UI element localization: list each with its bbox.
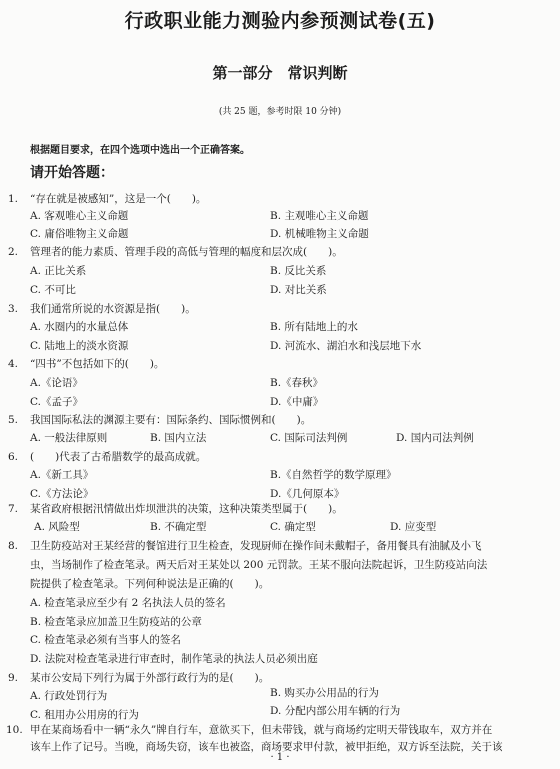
start-heading: 请开始答题： [30,162,114,182]
question-text-line-2: 虫，当场制作了检查笔录。两天后对王某处以 200 元罚款。王某不服向法院起诉，卫… [30,559,487,572]
option-d: D. 分配内部公用车辆的行为 [270,705,400,718]
option-a: A. 风险型 [34,521,80,534]
option-d: D.《中庸》 [270,396,323,409]
question-text: 我国国际私法的渊源主要有：国际条约、国际惯例和( )。 [30,414,311,427]
option-c: C.《孟子》 [30,396,83,409]
option-b: B. 反比关系 [270,265,326,278]
question-text: 某市公安局下列行为属于外部行政行为的是( )。 [30,672,269,685]
option-a: A. 一般法律原则 [30,432,107,445]
option-c: C. 不可比 [30,284,76,297]
exam-title: 行政职业能力测验内参预测试卷(五) [0,6,560,33]
question-text: 某省政府根据汛情做出炸坝泄洪的决策，这种决策类型属于( )。 [30,503,343,516]
option-d: D.《几何原本》 [270,488,344,501]
option-d: D. 法院对检查笔录进行审查时，制作笔录的执法人员必须出庭 [30,653,318,666]
option-c: C. 确定型 [270,521,316,534]
option-b: B.《自然哲学的数学原理》 [270,469,397,482]
question-number: 4. [8,358,18,371]
option-b: B. 主观唯心主义命题 [270,210,368,223]
option-b: B. 购买办公用品的行为 [270,687,379,700]
option-c: C.《方法论》 [30,488,94,501]
page-number: · 1 · [0,752,560,763]
question-text: “四书”不包括如下的( )。 [30,358,164,371]
option-b: B.《春秋》 [270,377,323,390]
question-text: 我们通常所说的水资源是指( )。 [30,303,196,316]
question-number: 2. [8,246,18,259]
option-b: B. 国内立法 [150,432,206,445]
question-number: 5. [8,414,18,427]
option-a: A. 行政处罚行为 [30,690,107,703]
option-d: D. 机械唯物主义命题 [270,228,369,241]
question-text: “存在就是被感知”，这是一个( )。 [30,193,206,206]
option-a: A.《新工具》 [30,469,93,482]
question-number: 1. [8,193,18,206]
section-heading: 第一部分 常识判断 [0,62,560,83]
question-number: 3. [8,303,18,316]
option-d: D. 应变型 [390,521,436,534]
option-a: A.《论语》 [30,377,83,390]
option-d: D. 对比关系 [270,284,327,297]
option-a: A. 客观唯心主义命题 [30,210,128,223]
option-d: D. 国内司法判例 [396,432,474,445]
option-b: B. 不确定型 [150,521,206,534]
option-c: C. 陆地上的淡水资源 [30,340,128,353]
option-a: A. 检查笔录应至少有 2 名执法人员的签名 [30,597,226,610]
option-c: C. 国际司法判例 [270,432,347,445]
option-c: C. 检查笔录必须有当事人的签名 [30,634,181,647]
question-text-line-3: 院提供了检查笔录。下列何种说法是正确的( )。 [30,578,269,591]
option-b: B. 所有陆地上的水 [270,321,358,334]
question-number: 10. [6,724,23,737]
instructions: 根据题目要求，在四个选项中选出一个正确答案。 [30,141,250,156]
question-number: 6. [8,451,18,464]
option-a: A. 水圈内的水量总体 [30,321,128,334]
option-a: A. 正比关系 [30,265,86,278]
question-text-line-1: 甲在某商场看中一辆“永久”牌自行车，意欲买下，但未带钱，就与商场约定明天带钱取车… [30,724,492,737]
question-text-line-1: 卫生防疫站对王某经营的餐馆进行卫生检查，发现厨师在操作间未戴帽子，备用餐具有油腻… [30,540,482,553]
option-b: B. 检查笔录应加盖卫生防疫站的公章 [30,616,202,629]
option-c: C. 庸俗唯物主义命题 [30,228,128,241]
question-number: 7. [8,503,18,516]
question-number: 9. [8,672,18,685]
option-d: D. 河流水、湖泊水和浅层地下水 [270,340,421,353]
question-number: 8. [8,540,18,553]
section-subtitle: (共 25 题，参考时限 10 分钟) [0,104,560,117]
question-text: ( )代表了古希腊数学的最高成就。 [30,451,206,464]
option-c: C. 租用办公用房的行为 [30,709,139,722]
question-text: 管理者的能力素质、管理手段的高低与管理的幅度和层次成( )。 [30,246,343,259]
